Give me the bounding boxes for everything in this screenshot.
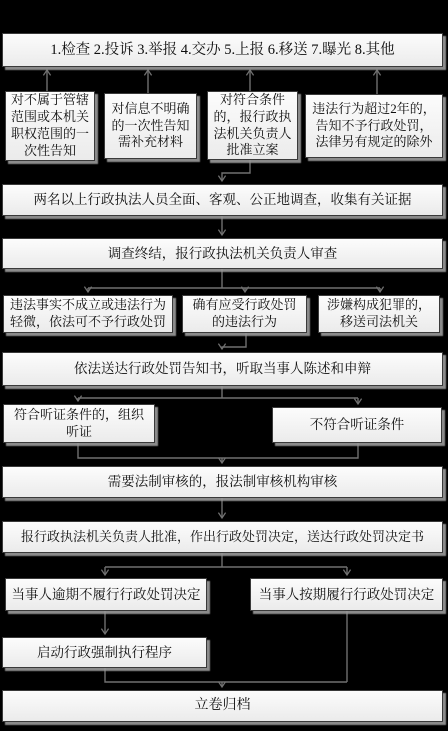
flow-node-organize-hearing: 符合听证条件的，组织听证 <box>3 404 155 443</box>
flow-node-intake-sources: 1.检查 2.投诉 3.举报 4.交办 5.上报 6.移送 7.曝光 8.其他 <box>2 33 443 67</box>
flow-node-start-enforcement: 启动行政强制执行程序 <box>2 637 207 668</box>
flow-node-over-two-years: 违法行为超过2年的，告知不予行政处罚，法律另有规定的除外 <box>305 94 443 158</box>
flow-node-overdue-noncompliance: 当事人逾期不履行行政处罚决定 <box>5 578 207 611</box>
flow-node-notice-unclear-info: 对信息不明确的一次性告知需补充材料 <box>104 93 197 159</box>
flow-node-confirmed-violation: 确有应受行政处罚的违法行为 <box>182 295 307 333</box>
flow-node-legal-review: 需要法制审核的，报法制审核机构审核 <box>2 466 443 498</box>
flow-node-serve-penalty-notice: 依法送达行政处罚告知书，听取当事人陈述和申辩 <box>2 352 443 386</box>
flowchart-canvas: 1.检查 2.投诉 3.举报 4.交办 5.上报 6.移送 7.曝光 8.其他 … <box>0 0 448 731</box>
flow-node-notice-no-jurisdiction: 对不属于管辖范围或本机关职权范围的一次性告知 <box>5 91 95 161</box>
flow-node-review-by-head: 调查终结，报行政执法机关负责人审查 <box>2 238 443 269</box>
flow-node-make-decision: 报行政执法机关负责人批准，作出行政处罚决定，送达行政处罚决定书 <box>2 521 443 553</box>
flow-node-no-penalty: 违法事实不成立或违法行为轻微，依法可不予行政处罚 <box>3 295 173 333</box>
flow-node-investigation: 两名以上行政执法人员全面、客观、公正地调查，收集有关证据 <box>2 184 443 216</box>
flow-node-archive: 立卷归档 <box>2 690 443 722</box>
flow-node-approve-case-filing: 对符合条件的，报行政执法机关负责人批准立案 <box>207 91 298 160</box>
flow-node-transfer-judicial: 涉嫌构成犯罪的，移送司法机关 <box>318 295 440 333</box>
flow-node-no-hearing: 不符合听证条件 <box>272 407 442 443</box>
flow-node-timely-compliance: 当事人按期履行行政处罚决定 <box>250 578 443 611</box>
